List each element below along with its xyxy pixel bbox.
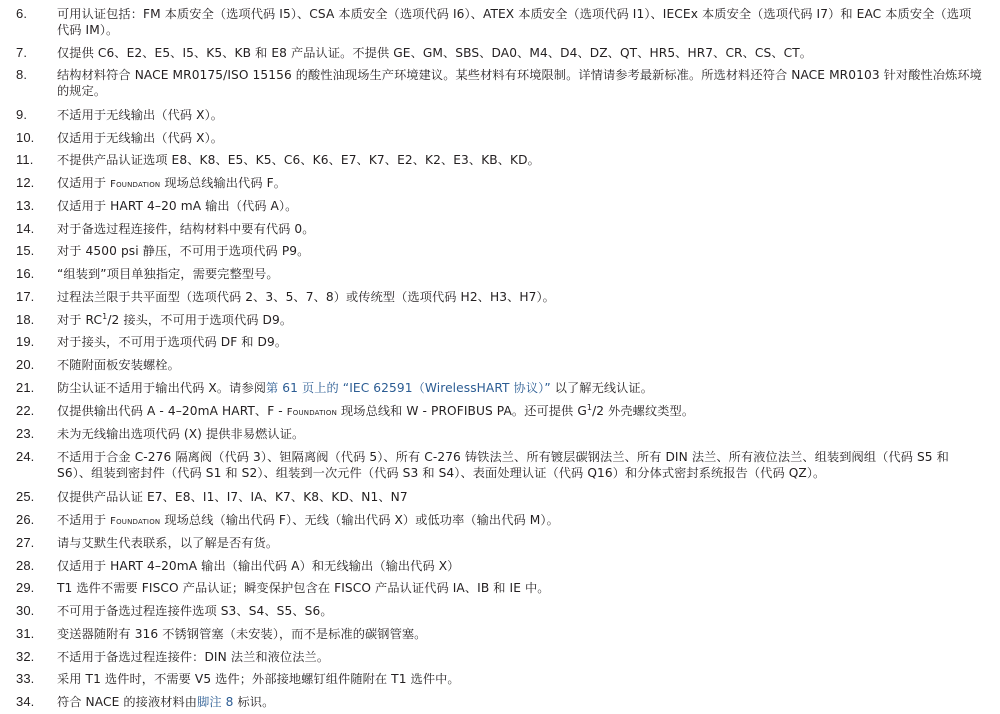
footnote-text: 仅适用于 HART 4–20 mA 输出（代码 A）。 — [57, 198, 982, 214]
footnote-text: 过程法兰限于共平面型（选项代码 2、3、5、7、8）或传统型（选项代码 H2、H… — [57, 289, 982, 305]
footnote-number: 9. — [16, 107, 56, 123]
footnote-number: 20. — [16, 357, 56, 373]
text-segment: 不适用于 — [57, 513, 110, 527]
footnote-number: 31. — [16, 626, 56, 642]
footnote-number: 29. — [16, 580, 56, 596]
text-segment: 标识。 — [234, 695, 275, 709]
footnote-text: “组装到”项目单独指定，需要完整型号。 — [57, 266, 982, 282]
footnote-number: 33. — [16, 671, 56, 687]
footnote-text: 仅提供 C6、E2、E5、I5、K5、KB 和 E8 产品认证。不提供 GE、G… — [57, 45, 982, 61]
footnote-text: 不适用于无线输出（代码 X）。 — [57, 107, 982, 123]
footnote-text: 变送器随附有 316 不锈钢管塞（未安装），而不是标准的碳钢管塞。 — [57, 626, 982, 642]
footnote-number: 24. — [16, 449, 56, 465]
footnote-text: 仅提供产品认证 E7、E8、I1、I7、IA、K7、K8、KD、N1、N7 — [57, 489, 982, 505]
footnote-number: 22. — [16, 403, 56, 419]
text-segment: 仅提供输出代码 A - 4–20mA HART、F - — [57, 404, 287, 418]
footnote-number: 26. — [16, 512, 56, 528]
footnote-text: 对于备选过程连接件，结构材料中要有代码 0。 — [57, 221, 982, 237]
footnote-number: 25. — [16, 489, 56, 505]
footnote-text: 仅适用于 HART 4–20mA 输出（输出代码 A）和无线输出（输出代码 X） — [57, 558, 982, 574]
footnote-number: 6. — [16, 6, 56, 22]
footnote-text: 对于 RC1/2 接头，不可用于选项代码 D9。 — [57, 312, 982, 328]
footnote-number: 11. — [16, 152, 56, 168]
footnote-text: 不可用于备选过程连接件选项 S3、S4、S5、S6。 — [57, 603, 982, 619]
footnote-number: 32. — [16, 649, 56, 665]
footnote-number: 23. — [16, 426, 56, 442]
text-segment: 现场总线和 W - PROFIBUS PA。还可提供 G — [337, 404, 587, 418]
footnote-text: 不随附面板安装螺栓。 — [57, 357, 982, 373]
text-segment: 对于 RC — [57, 313, 102, 327]
footnote-text: 结构材料符合 NACE MR0175/ISO 15156 的酸性油现场生产环境建… — [57, 67, 982, 99]
footnote-number: 19. — [16, 334, 56, 350]
text-segment: 现场总线输出代码 F。 — [160, 176, 286, 190]
footnote-text: 不适用于合金 C-276 隔离阀（代码 3）、钽隔离阀（代码 5）、所有 C-2… — [57, 449, 982, 481]
text-segment: 现场总线（输出代码 F）、无线（输出代码 X）或低功率（输出代码 M）。 — [160, 513, 559, 527]
footnote-number: 16. — [16, 266, 56, 282]
footnote-number: 34. — [16, 694, 56, 710]
foundation-smallcaps: Foundation — [287, 407, 337, 418]
footnote-text: 不适用于 Foundation 现场总线（输出代码 F）、无线（输出代码 X）或… — [57, 512, 982, 530]
text-segment: 以了解无线认证。 — [551, 381, 653, 395]
footnote-text: T1 选件不需要 FISCO 产品认证；瞬变保护包含在 FISCO 产品认证代码… — [57, 580, 982, 596]
footnote-number: 10. — [16, 130, 56, 146]
footnote-text: 仅适用于 Foundation 现场总线输出代码 F。 — [57, 175, 982, 193]
footnote-8-link[interactable]: 脚注 8 — [197, 695, 233, 709]
footnote-text: 可用认证包括：FM 本质安全（选项代码 I5）、CSA 本质安全（选项代码 I6… — [57, 6, 982, 38]
text-segment: /2 外壳螺纹类型。 — [592, 404, 694, 418]
footnote-text: 对于 4500 psi 静压，不可用于选项代码 P9。 — [57, 243, 982, 259]
footnote-text: 符合 NACE 的接液材料由脚注 8 标识。 — [57, 694, 982, 710]
text-segment: 防尘认证不适用于输出代码 X。请参阅 — [57, 381, 266, 395]
footnote-number: 12. — [16, 175, 56, 191]
footnote-number: 18. — [16, 312, 56, 328]
footnote-number: 27. — [16, 535, 56, 551]
footnote-number: 14. — [16, 221, 56, 237]
footnote-text: 采用 T1 选件时，不需要 V5 选件；外部接地螺钉组件随附在 T1 选件中。 — [57, 671, 982, 687]
text-segment: 仅适用于 — [57, 176, 110, 190]
iec-62591-page-link[interactable]: 第 61 页上的 “IEC 62591（WirelessHART 协议）” — [266, 381, 551, 395]
footnote-text: 请与艾默生代表联系，以了解是否有货。 — [57, 535, 982, 551]
footnote-number: 17. — [16, 289, 56, 305]
footnote-text: 仅适用于无线输出（代码 X）。 — [57, 130, 982, 146]
footnote-text: 仅提供输出代码 A - 4–20mA HART、F - Foundation 现… — [57, 403, 982, 421]
footnote-text: 未为无线输出选项代码 (X) 提供非易燃认证。 — [57, 426, 982, 442]
footnote-number: 8. — [16, 67, 56, 83]
footnote-text: 不适用于备选过程连接件：DIN 法兰和液位法兰。 — [57, 649, 982, 665]
footnote-number: 28. — [16, 558, 56, 574]
footnote-number: 21. — [16, 380, 56, 396]
footnote-number: 7. — [16, 45, 56, 61]
footnote-text: 防尘认证不适用于输出代码 X。请参阅第 61 页上的 “IEC 62591（Wi… — [57, 380, 982, 396]
text-segment: /2 接头，不可用于选项代码 D9。 — [107, 313, 292, 327]
foundation-smallcaps: Foundation — [110, 516, 160, 527]
footnote-text: 对于接头，不可用于选项代码 DF 和 D9。 — [57, 334, 982, 350]
footnote-number: 13. — [16, 198, 56, 214]
footnote-number: 15. — [16, 243, 56, 259]
text-segment: 符合 NACE 的接液材料由 — [57, 695, 197, 709]
footnote-number: 30. — [16, 603, 56, 619]
footnote-text: 不提供产品认证选项 E8、K8、E5、K5、C6、K6、E7、K7、E2、K2、… — [57, 152, 982, 168]
foundation-smallcaps: Foundation — [110, 179, 160, 190]
